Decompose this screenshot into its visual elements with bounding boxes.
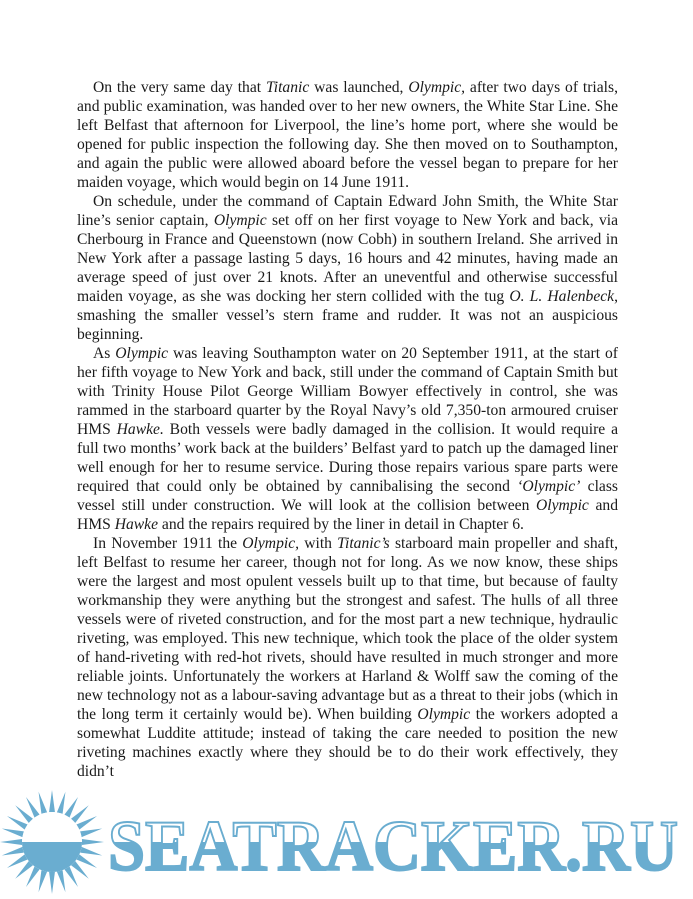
text-run: On the very same day that <box>93 79 266 96</box>
italic-text: Olympic <box>214 212 267 229</box>
paragraph: On schedule, under the command of Captai… <box>77 192 618 344</box>
watermark-graphic: SEATRACKER.RU SEATRACKER.RU <box>0 790 693 899</box>
italic-text: Olympic, <box>408 79 465 96</box>
text-run: and the repairs required by the liner in… <box>158 516 524 533</box>
italic-text: Hawke <box>115 516 158 533</box>
sun-icon <box>0 790 104 894</box>
italic-text: Olympic, <box>242 535 299 552</box>
italic-text: Olympic <box>115 345 168 362</box>
italic-text: Olympic <box>417 706 470 723</box>
paragraph: On the very same day that Titanic was la… <box>77 78 618 192</box>
text-run: As <box>93 345 115 362</box>
paragraph: As Olympic was leaving Southampton water… <box>77 344 618 534</box>
watermark-text: SEATRACKER.RU SEATRACKER.RU <box>108 806 678 886</box>
text-run: was launched, <box>309 79 408 96</box>
italic-text: Hawke. <box>117 421 164 438</box>
italic-text: ‘Olympic’ <box>517 478 580 495</box>
document-page: On the very same day that Titanic was la… <box>77 78 618 781</box>
text-run: starboard main propeller and shaft, left… <box>77 535 618 723</box>
italic-text: Titanic’s <box>337 535 390 552</box>
italic-text: O. L. Halenbeck <box>509 288 614 305</box>
italic-text: Titanic <box>266 79 309 96</box>
text-run: with <box>299 535 337 552</box>
paragraph: In November 1911 the Olympic, with Titan… <box>77 534 618 781</box>
text-run: In November 1911 the <box>93 535 242 552</box>
watermark: SEATRACKER.RU SEATRACKER.RU <box>0 790 693 899</box>
italic-text: Olympic <box>536 497 589 514</box>
